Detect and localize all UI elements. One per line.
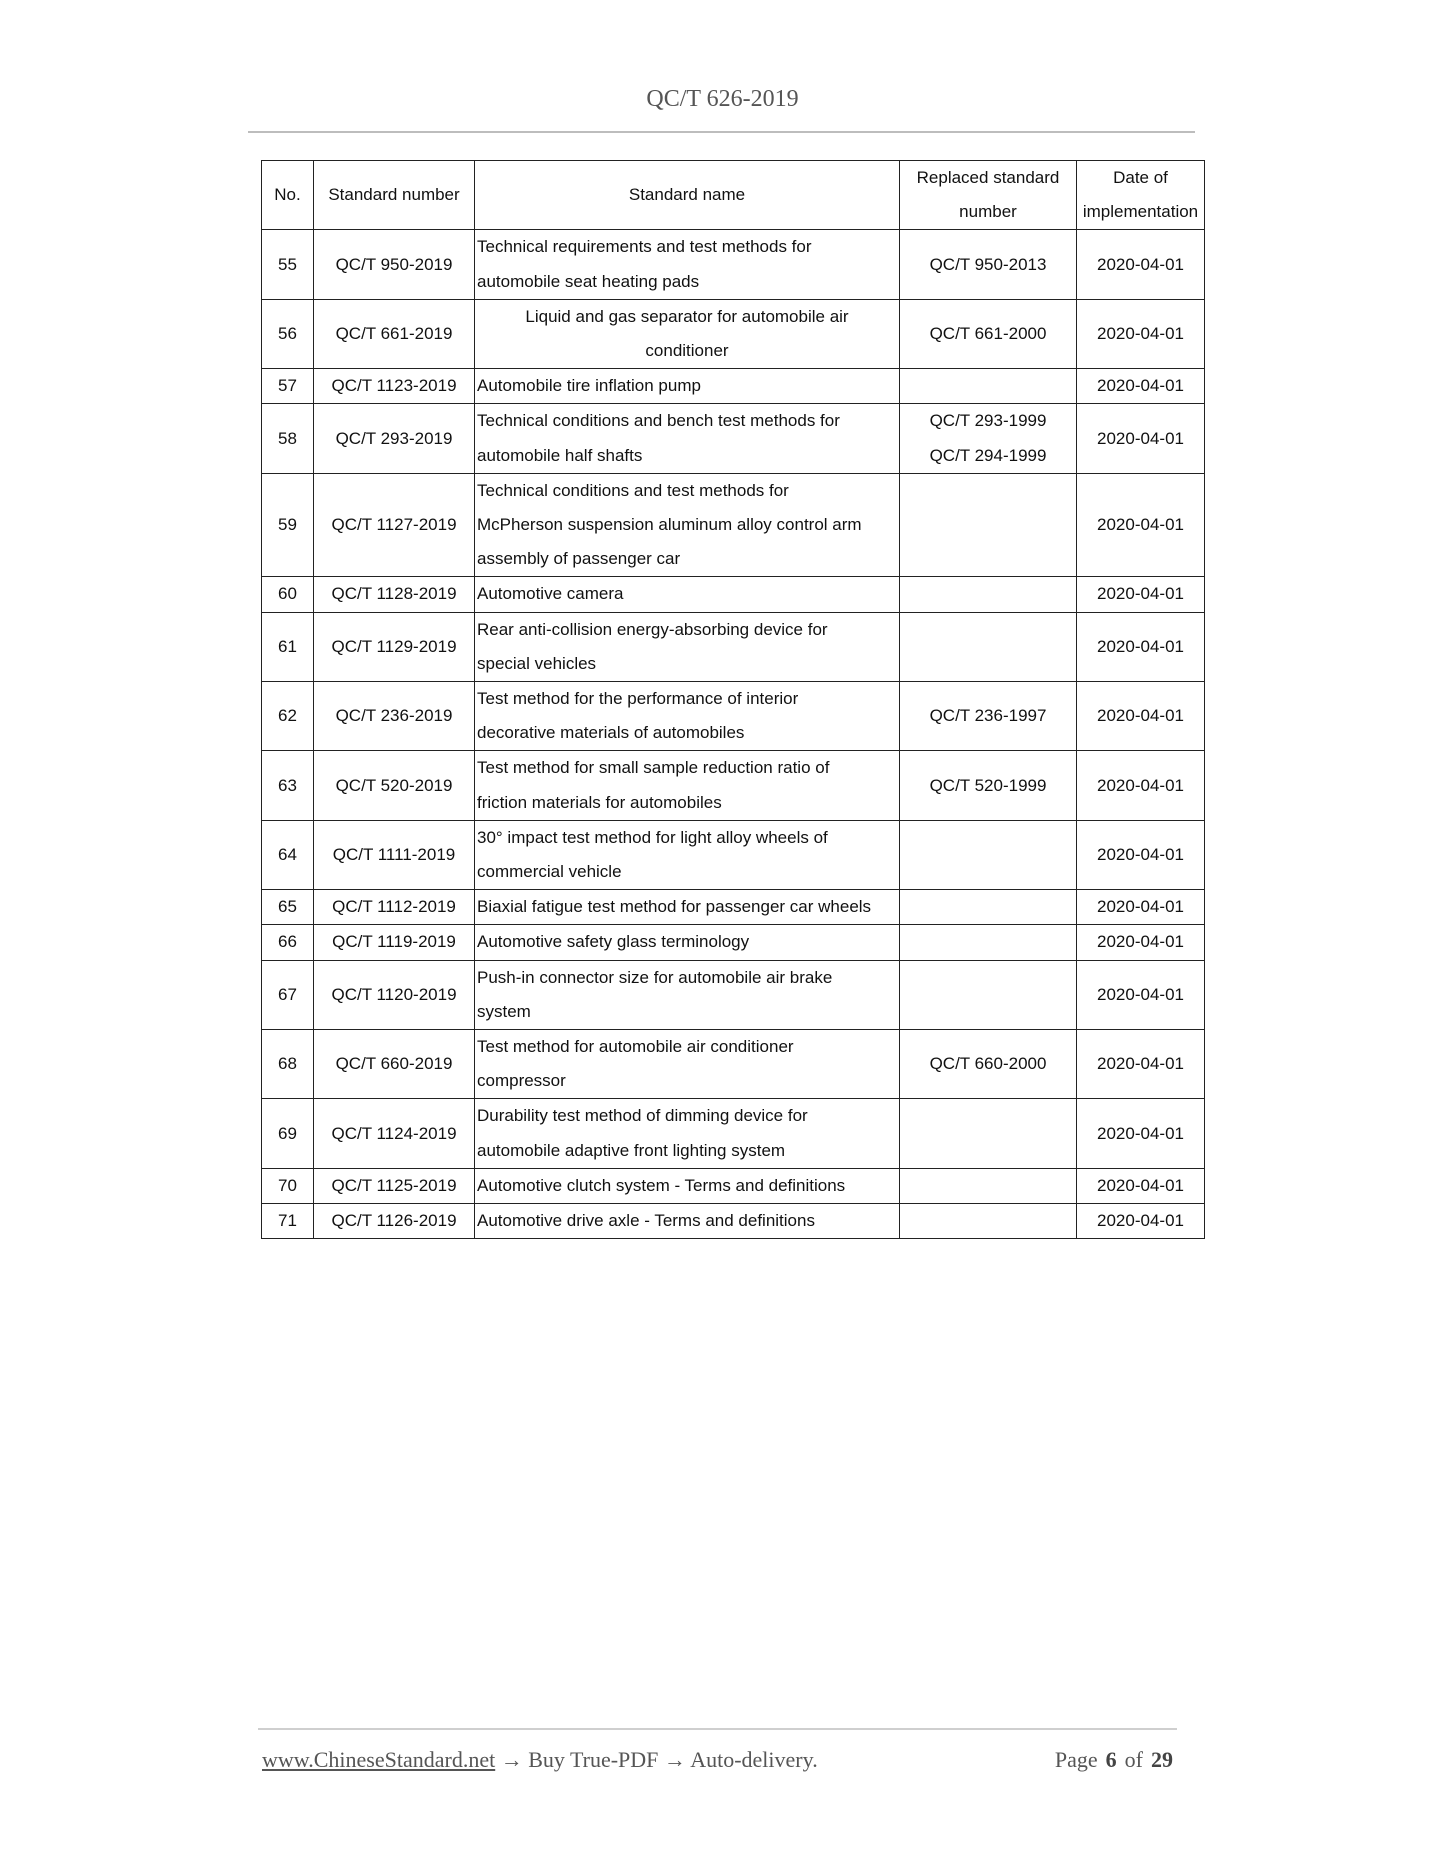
standard-number: QC/T 950-2019 (314, 230, 475, 299)
row-number: 66 (262, 925, 314, 960)
standard-name-line: Technical conditions and bench test meth… (477, 404, 897, 438)
implementation-date: 2020-04-01 (1077, 404, 1205, 473)
standard-number: QC/T 1125-2019 (314, 1168, 475, 1203)
implementation-date: 2020-04-01 (1077, 577, 1205, 612)
standard-name-line: Automotive clutch system - Terms and def… (477, 1169, 897, 1203)
table-row: 66QC/T 1119-2019Automotive safety glass … (262, 925, 1205, 960)
standard-number: QC/T 661-2019 (314, 299, 475, 368)
standard-name-line: Test method for small sample reduction r… (477, 751, 897, 785)
replaced-standard-number (900, 369, 1077, 404)
row-number: 57 (262, 369, 314, 404)
header-divider (248, 131, 1195, 133)
implementation-date: 2020-04-01 (1077, 1099, 1205, 1168)
column-header-date: Date of implementation (1077, 161, 1205, 230)
replaced-standard-number (900, 1204, 1077, 1239)
row-number: 55 (262, 230, 314, 299)
standard-name: Test method for automobile air condition… (475, 1030, 900, 1099)
standard-number: QC/T 1123-2019 (314, 369, 475, 404)
standard-name-line: commercial vehicle (477, 855, 897, 889)
standard-name: Technical conditions and bench test meth… (475, 404, 900, 473)
table-row: 57QC/T 1123-2019Automobile tire inflatio… (262, 369, 1205, 404)
standard-number: QC/T 1119-2019 (314, 925, 475, 960)
implementation-date: 2020-04-01 (1077, 890, 1205, 925)
standard-number: QC/T 1112-2019 (314, 890, 475, 925)
row-number: 67 (262, 960, 314, 1029)
replaced-standard-line: QC/T 950-2013 (902, 248, 1074, 282)
standard-name: Liquid and gas separator for automobile … (475, 299, 900, 368)
row-number: 70 (262, 1168, 314, 1203)
page-of: of (1125, 1747, 1143, 1772)
page-label: Page (1055, 1747, 1098, 1772)
replaced-standard-line: QC/T 293-1999 (902, 404, 1074, 438)
standard-name-line: Liquid and gas separator for automobile … (477, 300, 897, 334)
footer-divider (258, 1728, 1177, 1730)
standard-number: QC/T 1120-2019 (314, 960, 475, 1029)
standard-name-line: Test method for the performance of inter… (477, 682, 897, 716)
standard-name-line: McPherson suspension aluminum alloy cont… (477, 508, 897, 542)
replaced-standard-number (900, 1168, 1077, 1203)
table-body: 55QC/T 950-2019Technical requirements an… (262, 230, 1205, 1239)
table-row: 65QC/T 1112-2019Biaxial fatigue test met… (262, 890, 1205, 925)
standard-name-line: system (477, 995, 897, 1029)
table-row: 68QC/T 660-2019Test method for automobil… (262, 1030, 1205, 1099)
row-number: 59 (262, 473, 314, 577)
column-header-date-line-1: Date of (1077, 161, 1204, 195)
row-number: 69 (262, 1099, 314, 1168)
standard-name-line: Rear anti-collision energy-absorbing dev… (477, 613, 897, 647)
row-number: 56 (262, 299, 314, 368)
page-indicator: Page6of29 (1055, 1746, 1173, 1774)
row-number: 58 (262, 404, 314, 473)
standard-name-line: Biaxial fatigue test method for passenge… (477, 890, 897, 924)
implementation-date: 2020-04-01 (1077, 751, 1205, 820)
standard-name: Test method for small sample reduction r… (475, 751, 900, 820)
table-row: 60QC/T 1128-2019Automotive camera2020-04… (262, 577, 1205, 612)
column-header-date-line-2: implementation (1077, 195, 1204, 229)
page-total: 29 (1151, 1747, 1173, 1772)
table-row: 64QC/T 1111-201930° impact test method f… (262, 820, 1205, 889)
standard-name: Technical requirements and test methods … (475, 230, 900, 299)
page-current: 6 (1106, 1747, 1117, 1772)
standard-number: QC/T 1128-2019 (314, 577, 475, 612)
site-link[interactable]: www.ChineseStandard.net (262, 1747, 495, 1772)
column-header-no: No. (262, 161, 314, 230)
table-row: 69QC/T 1124-2019Durability test method o… (262, 1099, 1205, 1168)
row-number: 63 (262, 751, 314, 820)
standard-name-line: automobile half shafts (477, 439, 897, 473)
row-number: 62 (262, 682, 314, 751)
replaced-standard-line: QC/T 660-2000 (902, 1047, 1074, 1081)
standard-name: Rear anti-collision energy-absorbing dev… (475, 612, 900, 681)
standard-name-line: Automotive drive axle - Terms and defini… (477, 1204, 897, 1238)
standard-name-line: Push-in connector size for automobile ai… (477, 961, 897, 995)
standard-name-line: decorative materials of automobiles (477, 716, 897, 750)
standard-number: QC/T 236-2019 (314, 682, 475, 751)
standard-name-line: automobile adaptive front lighting syste… (477, 1134, 897, 1168)
implementation-date: 2020-04-01 (1077, 369, 1205, 404)
standard-name-line: Test method for automobile air condition… (477, 1030, 897, 1064)
replaced-standard-number: QC/T 950-2013 (900, 230, 1077, 299)
replaced-standard-number: QC/T 661-2000 (900, 299, 1077, 368)
replaced-standard-number: QC/T 520-1999 (900, 751, 1077, 820)
column-header-replaced-number: Replaced standard number (900, 161, 1077, 230)
replaced-standard-line: QC/T 661-2000 (902, 317, 1074, 351)
row-number: 65 (262, 890, 314, 925)
delivery-text: Auto-delivery. (690, 1747, 817, 1772)
column-header-replaced-line-2: number (902, 195, 1074, 229)
document-title: QC/T 626-2019 (0, 84, 1445, 114)
table-row: 59QC/T 1127-2019Technical conditions and… (262, 473, 1205, 577)
standard-number: QC/T 660-2019 (314, 1030, 475, 1099)
implementation-date: 2020-04-01 (1077, 1030, 1205, 1099)
implementation-date: 2020-04-01 (1077, 612, 1205, 681)
table-row: 67QC/T 1120-2019Push-in connector size f… (262, 960, 1205, 1029)
row-number: 61 (262, 612, 314, 681)
replaced-standard-number (900, 473, 1077, 577)
implementation-date: 2020-04-01 (1077, 299, 1205, 368)
implementation-date: 2020-04-01 (1077, 820, 1205, 889)
replaced-standard-number: QC/T 236-1997 (900, 682, 1077, 751)
standard-name-line: friction materials for automobiles (477, 786, 897, 820)
replaced-standard-number (900, 612, 1077, 681)
table-row: 62QC/T 236-2019Test method for the perfo… (262, 682, 1205, 751)
replaced-standard-number: QC/T 660-2000 (900, 1030, 1077, 1099)
table-row: 70QC/T 1125-2019Automotive clutch system… (262, 1168, 1205, 1203)
standard-name: Push-in connector size for automobile ai… (475, 960, 900, 1029)
standard-name: Automobile tire inflation pump (475, 369, 900, 404)
implementation-date: 2020-04-01 (1077, 230, 1205, 299)
standards-table: No. Standard number Standard name Replac… (261, 160, 1205, 1239)
table-row: 63QC/T 520-2019Test method for small sam… (262, 751, 1205, 820)
table-row: 71QC/T 1126-2019Automotive drive axle - … (262, 1204, 1205, 1239)
arrow-right-icon: → (664, 1747, 686, 1772)
implementation-date: 2020-04-01 (1077, 682, 1205, 751)
standard-number: QC/T 1126-2019 (314, 1204, 475, 1239)
page-footer: www.ChineseStandard.net → Buy True-PDF →… (262, 1746, 1177, 1774)
row-number: 71 (262, 1204, 314, 1239)
standard-name-line: Automotive camera (477, 577, 897, 611)
standard-number: QC/T 293-2019 (314, 404, 475, 473)
replaced-standard-number (900, 1099, 1077, 1168)
implementation-date: 2020-04-01 (1077, 1168, 1205, 1203)
replaced-standard-number (900, 890, 1077, 925)
column-header-standard-number: Standard number (314, 161, 475, 230)
standard-name-line: Automobile tire inflation pump (477, 369, 897, 403)
standard-name-line: Technical conditions and test methods fo… (477, 474, 897, 508)
replaced-standard-line: QC/T 520-1999 (902, 769, 1074, 803)
standard-number: QC/T 1111-2019 (314, 820, 475, 889)
row-number: 68 (262, 1030, 314, 1099)
replaced-standard-line: QC/T 236-1997 (902, 699, 1074, 733)
standard-name: Technical conditions and test methods fo… (475, 473, 900, 577)
implementation-date: 2020-04-01 (1077, 925, 1205, 960)
standard-name-line: assembly of passenger car (477, 542, 897, 576)
table-header-row: No. Standard number Standard name Replac… (262, 161, 1205, 230)
standard-name-line: automobile seat heating pads (477, 265, 897, 299)
standard-name: Biaxial fatigue test method for passenge… (475, 890, 900, 925)
standard-name-line: conditioner (477, 334, 897, 368)
standard-name-line: 30° impact test method for light alloy w… (477, 821, 897, 855)
table-row: 58QC/T 293-2019Technical conditions and … (262, 404, 1205, 473)
replaced-standard-number (900, 960, 1077, 1029)
standard-name-line: Automotive safety glass terminology (477, 925, 897, 959)
standard-name: Automotive clutch system - Terms and def… (475, 1168, 900, 1203)
standard-name: Automotive camera (475, 577, 900, 612)
buy-text: Buy True-PDF (528, 1747, 658, 1772)
table-row: 56QC/T 661-2019Liquid and gas separator … (262, 299, 1205, 368)
standard-name-line: Technical requirements and test methods … (477, 230, 897, 264)
implementation-date: 2020-04-01 (1077, 960, 1205, 1029)
standard-name-line: Durability test method of dimming device… (477, 1099, 897, 1133)
column-header-replaced-line-1: Replaced standard (902, 161, 1074, 195)
implementation-date: 2020-04-01 (1077, 1204, 1205, 1239)
row-number: 60 (262, 577, 314, 612)
table-row: 55QC/T 950-2019Technical requirements an… (262, 230, 1205, 299)
implementation-date: 2020-04-01 (1077, 473, 1205, 577)
standard-name-line: special vehicles (477, 647, 897, 681)
standard-number: QC/T 1127-2019 (314, 473, 475, 577)
standard-number: QC/T 1124-2019 (314, 1099, 475, 1168)
standard-name-line: compressor (477, 1064, 897, 1098)
column-header-standard-name: Standard name (475, 161, 900, 230)
standard-name: Durability test method of dimming device… (475, 1099, 900, 1168)
replaced-standard-number (900, 820, 1077, 889)
replaced-standard-number (900, 577, 1077, 612)
arrow-right-icon: → (501, 1747, 523, 1772)
row-number: 64 (262, 820, 314, 889)
standard-name: Automotive drive axle - Terms and defini… (475, 1204, 900, 1239)
standard-number: QC/T 520-2019 (314, 751, 475, 820)
replaced-standard-line: QC/T 294-1999 (902, 439, 1074, 473)
standard-name: Automotive safety glass terminology (475, 925, 900, 960)
standard-number: QC/T 1129-2019 (314, 612, 475, 681)
table-row: 61QC/T 1129-2019Rear anti-collision ener… (262, 612, 1205, 681)
standard-name: 30° impact test method for light alloy w… (475, 820, 900, 889)
standard-name: Test method for the performance of inter… (475, 682, 900, 751)
replaced-standard-number (900, 925, 1077, 960)
replaced-standard-number: QC/T 293-1999QC/T 294-1999 (900, 404, 1077, 473)
